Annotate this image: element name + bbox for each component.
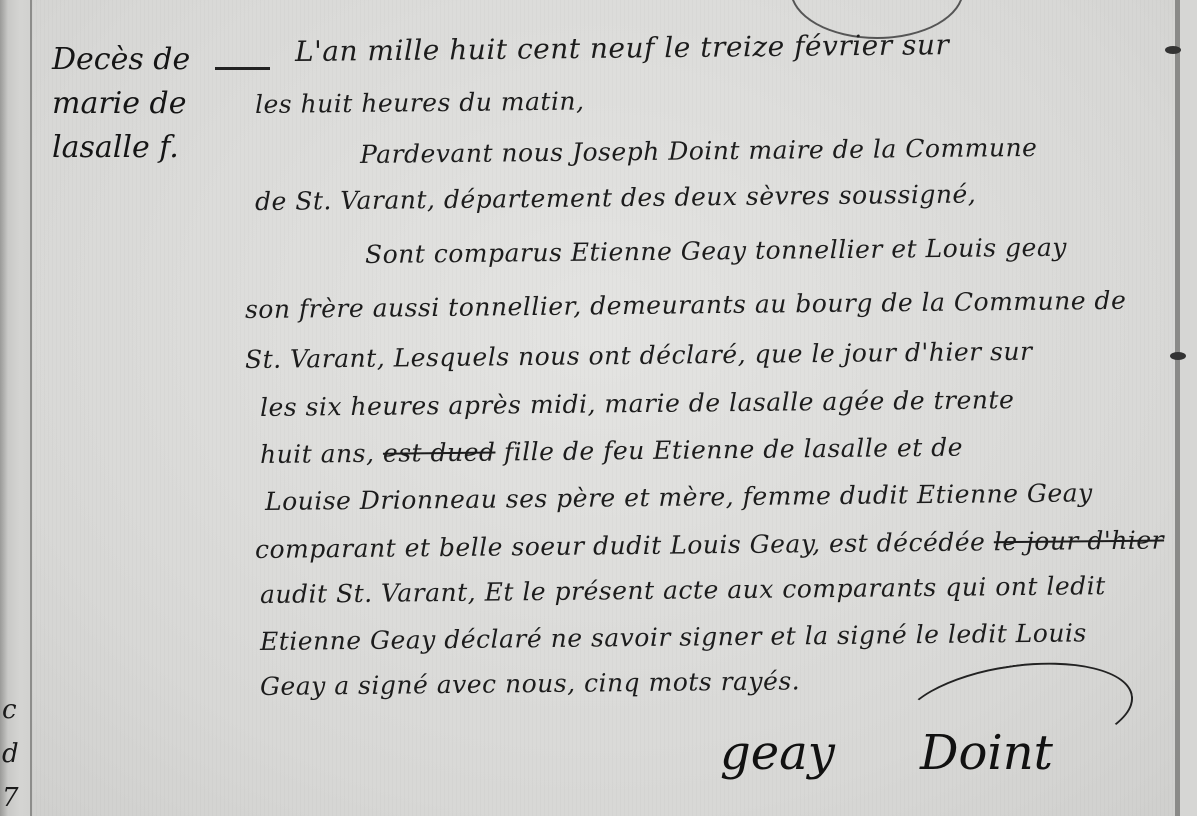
register-page: c d 7 Decès de marie de lasalle f. L'an … xyxy=(0,0,1197,816)
record-line: Etienne Geay déclaré ne savoir signer et… xyxy=(260,618,1087,656)
record-line: les six heures après midi, marie de lasa… xyxy=(260,385,1015,422)
binding-pin xyxy=(1165,46,1181,54)
record-line: les huit heures du matin, xyxy=(255,87,585,119)
record-line: de St. Varant, département des deux sèvr… xyxy=(255,179,977,216)
signature-mayor: Doint xyxy=(920,725,1053,781)
adjacent-page-fragments: c d 7 xyxy=(2,688,26,816)
initial-flourish xyxy=(215,67,270,70)
record-line: Louise Drionneau ses père et mère, femme… xyxy=(265,478,1093,516)
record-line: Geay a signé avec nous, cinq mots rayés. xyxy=(260,666,800,701)
record-line: St. Varant, Lesquels nous ont déclaré, q… xyxy=(245,337,1033,374)
margin-note: Decès de marie de lasalle f. xyxy=(52,38,232,170)
record-line: audit St. Varant, Et le présent acte aux… xyxy=(260,571,1106,609)
right-page-edge xyxy=(1180,0,1197,816)
record-line: comparant et belle soeur dudit Louis Gea… xyxy=(255,525,1164,564)
signature-geay: geay xyxy=(720,725,835,781)
margin-note-line: Decès de xyxy=(52,38,232,82)
edge-fragment: 7 xyxy=(2,776,26,816)
margin-note-line: marie de xyxy=(52,82,232,126)
record-line: huit ans, est dued fille de feu Etienne … xyxy=(260,433,963,469)
adjacent-page-edge: c d 7 xyxy=(0,0,32,816)
binding-pin xyxy=(1170,352,1186,360)
edge-fragment: c xyxy=(2,688,26,732)
record-line-text: comparant et belle soeur dudit Louis Gea… xyxy=(255,527,986,564)
edge-fragment: d xyxy=(2,732,26,776)
struck-words: est dued xyxy=(383,438,496,468)
struck-words: le jour d'hier xyxy=(994,525,1165,556)
record-line: L'an mille huit cent neuf le treize févr… xyxy=(295,28,950,68)
record-line: Sont comparus Etienne Geay tonnellier et… xyxy=(365,233,1067,269)
record-line: son frère aussi tonnellier, demeurants a… xyxy=(245,286,1127,324)
record-line-text: fille de feu Etienne de lasalle et de xyxy=(504,433,963,467)
margin-note-line: lasalle f. xyxy=(52,126,232,170)
signature-block: geay Doint xyxy=(720,715,1180,815)
record-line-text: huit ans, xyxy=(260,439,375,469)
record-line: Pardevant nous Joseph Doint maire de la … xyxy=(360,133,1038,169)
